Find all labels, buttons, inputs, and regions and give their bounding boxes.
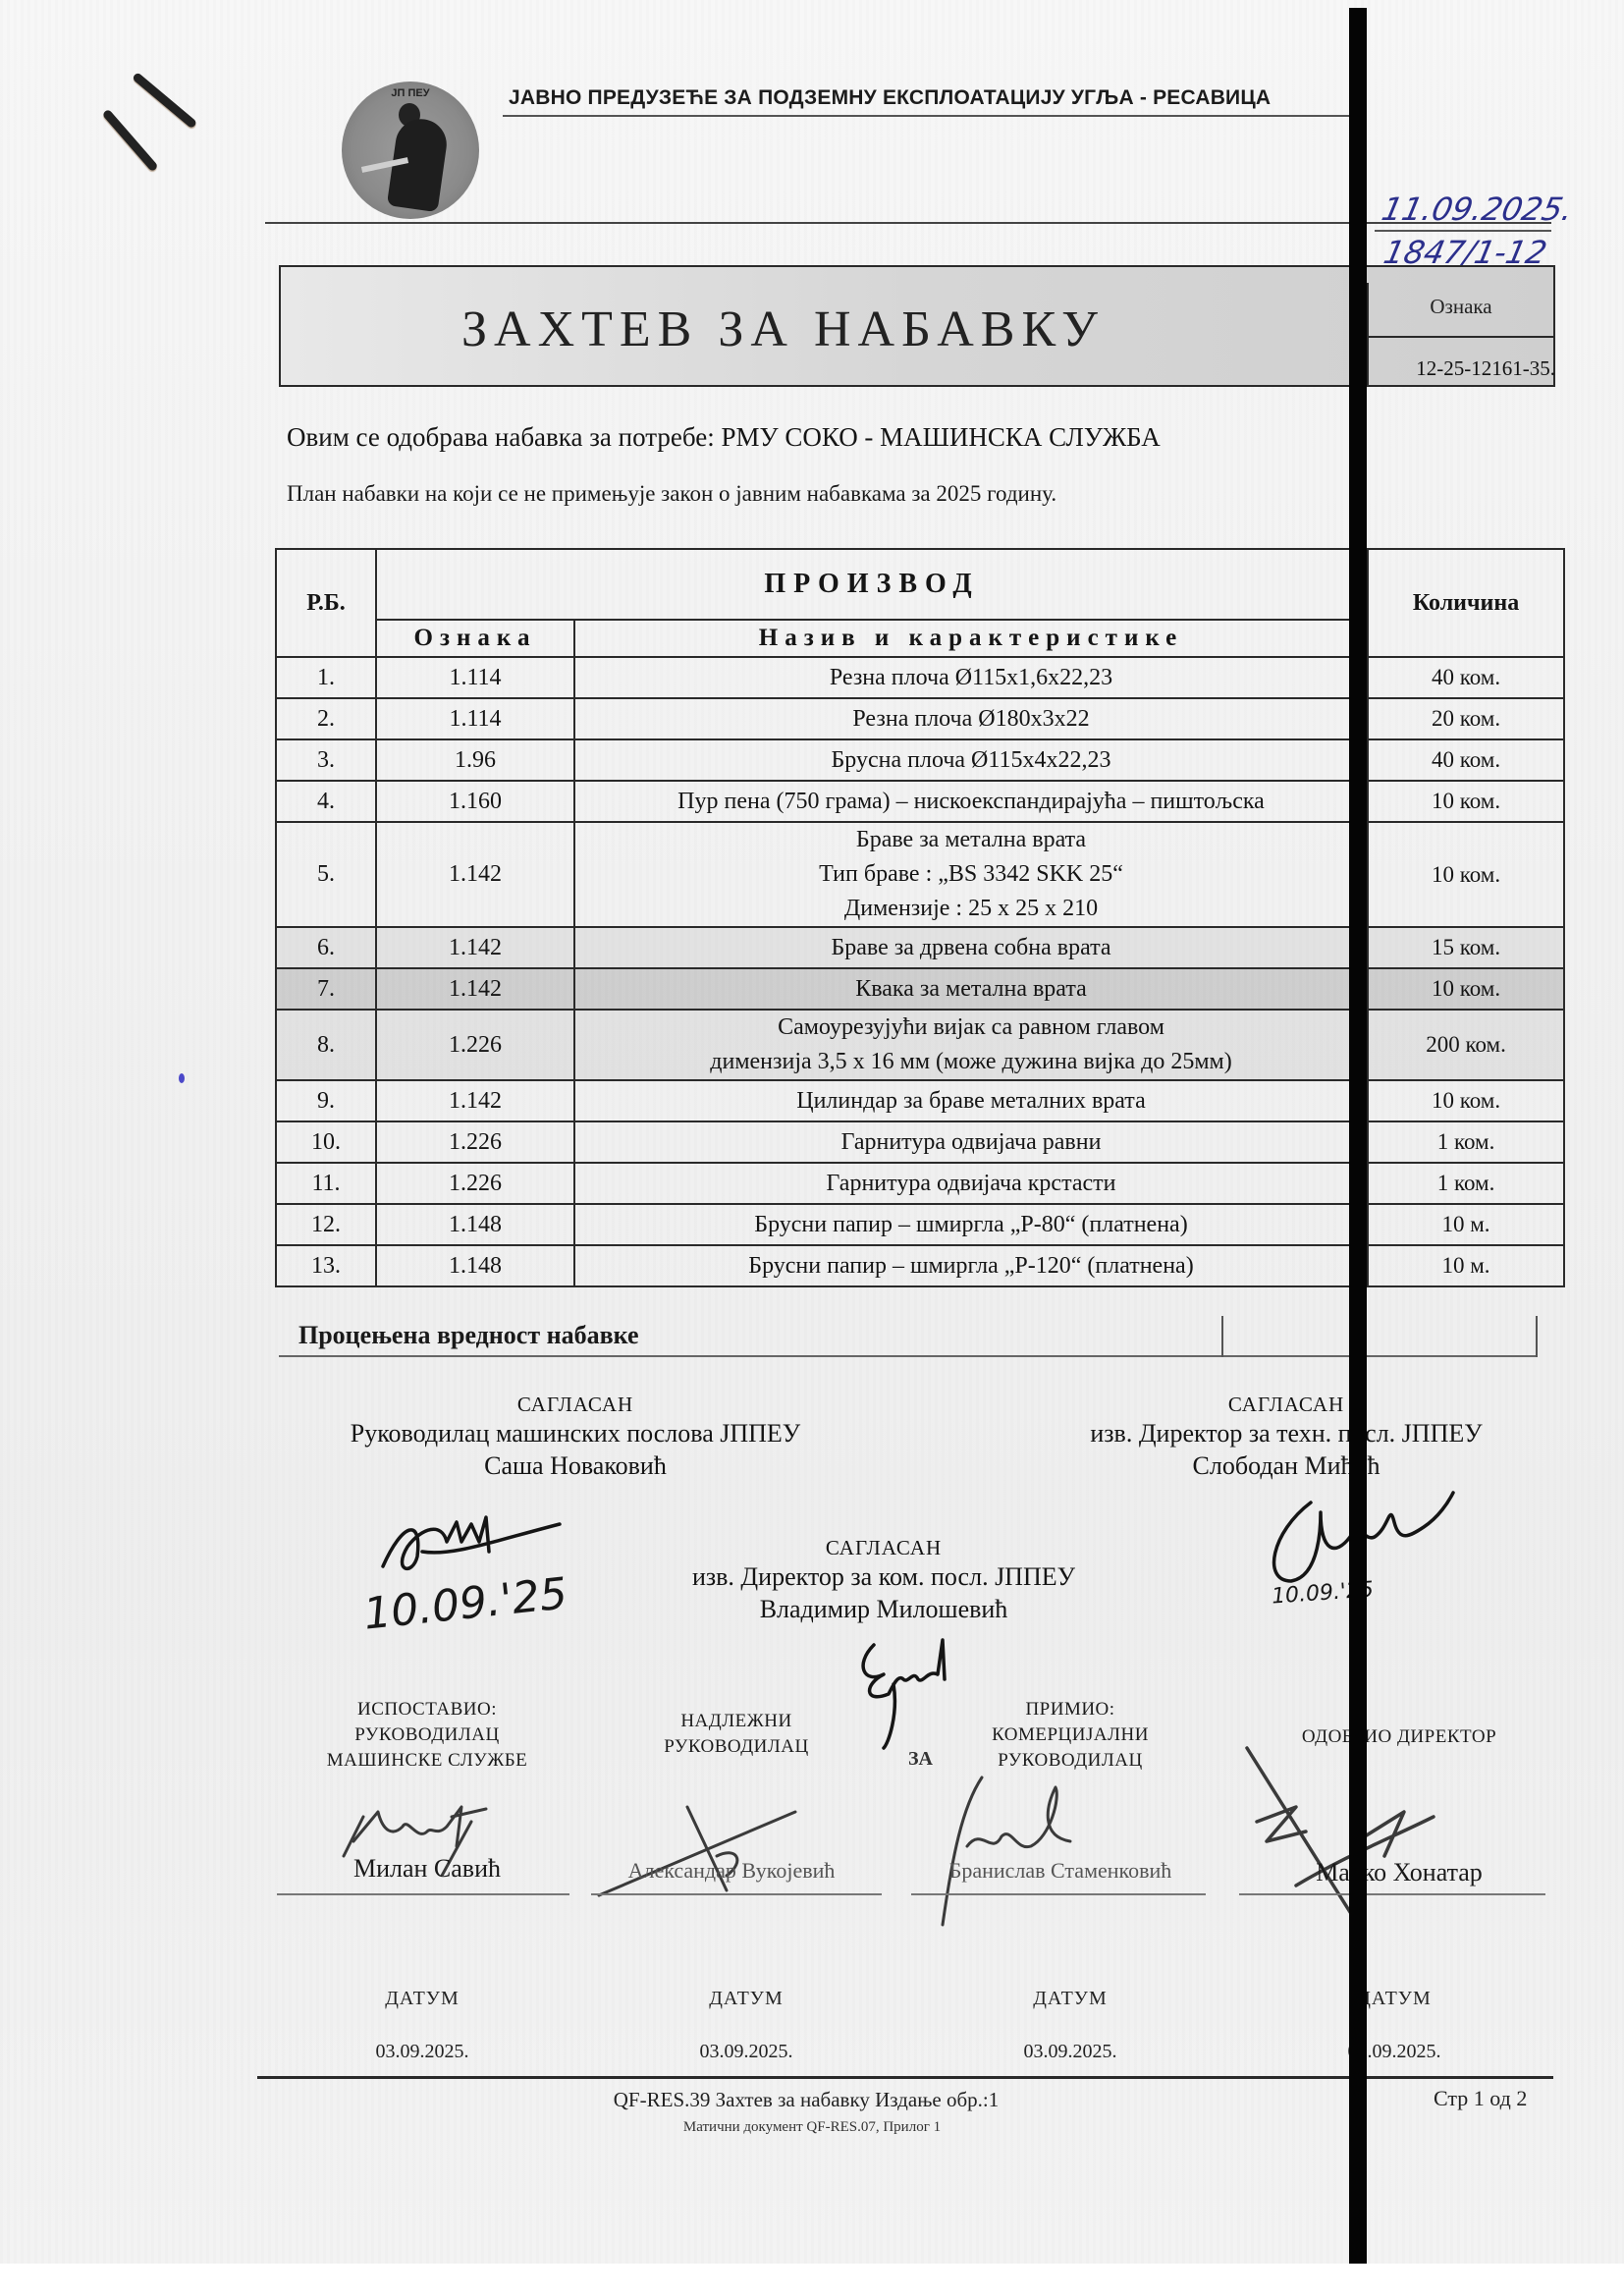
footer-form-id: QF-RES.39 Захтев за набавку Издање обр.:…: [0, 2088, 1624, 2112]
signature-line: [911, 1893, 1206, 1895]
row-number: 7.: [276, 968, 376, 1010]
table-row: 3.1.96Брусна плоча Ø115x4x22,2340 ком.: [276, 739, 1564, 781]
signatory-role-1: ИСПОСТАВИО:РУКОВОДИЛАЦМАШИНСКЕ СЛУЖБЕ: [295, 1697, 560, 1774]
item-description-line: Гарнитура одвијача равни: [575, 1129, 1367, 1156]
item-quantity: 10 ком.: [1368, 968, 1564, 1010]
approval-center-head: САГЛАСАН: [628, 1536, 1139, 1560]
item-code: 1.148: [376, 1204, 574, 1245]
item-code: 1.142: [376, 1080, 574, 1121]
document-title: ЗАХТЕВ ЗА НАБАВКУ: [461, 301, 1105, 358]
approval-right: САГЛАСАН изв. Директор за техн. посл. ЈП…: [1021, 1393, 1551, 1482]
item-description-line: Димензије : 25 x 25 x 210: [575, 892, 1367, 926]
item-code: 1.142: [376, 822, 574, 927]
item-description-line: димензија 3,5 x 16 мм (може дужина вијка…: [575, 1045, 1367, 1079]
page-number: Стр 1 од 2: [1434, 2086, 1527, 2111]
signatory-role-3: ПРИМИО:КОМЕРЦИЈАЛНИРУКОВОДИЛАЦ: [943, 1697, 1198, 1774]
signatory-role-line: РУКОВОДИЛАЦ: [295, 1722, 560, 1748]
staple-mark: [132, 72, 197, 129]
row-number: 11.: [276, 1163, 376, 1204]
code-divider: [1367, 336, 1555, 338]
row-number: 12.: [276, 1204, 376, 1245]
table-row: 6.1.142Браве за дрвена собна врата15 ком…: [276, 927, 1564, 968]
table-row: 4.1.160Пур пена (750 грама) – нискоекспа…: [276, 781, 1564, 822]
date-value-3: 03.09.2025.: [943, 2041, 1198, 2063]
date-value-1: 03.09.2025.: [295, 2041, 550, 2063]
item-quantity: 1 ком.: [1368, 1121, 1564, 1163]
item-description: Самоурезујући вијак са равном главомдиме…: [574, 1010, 1368, 1080]
row-number: 5.: [276, 822, 376, 927]
table-row: 2.1.114Резна плоча Ø180x3x2220 ком.: [276, 698, 1564, 739]
item-description: Пур пена (750 грама) – нискоекспандирају…: [574, 781, 1368, 822]
item-description: Брусни папир – шмиргла „P-80“ (платнена): [574, 1204, 1368, 1245]
approval-right-role: изв. Директор за техн. посл. ЈППЕУ: [1021, 1417, 1551, 1449]
item-quantity: 10 ком.: [1368, 1080, 1564, 1121]
date-label-3: ДАТУМ: [943, 1988, 1198, 2010]
item-code: 1.114: [376, 698, 574, 739]
item-description-line: Брусни папир – шмиргла „P-120“ (платнена…: [575, 1253, 1367, 1280]
item-description: Браве за метална вратаТип браве : „BS 33…: [574, 822, 1368, 927]
item-code: 1.114: [376, 657, 574, 698]
logo-text: ЈП ПЕУ: [381, 87, 440, 99]
item-description-line: Резна плоча Ø180x3x22: [575, 706, 1367, 733]
approval-center-role: изв. Директор за ком. посл. ЈППЕУ: [628, 1560, 1139, 1593]
item-description: Резна плоча Ø180x3x22: [574, 698, 1368, 739]
item-code: 1.142: [376, 927, 574, 968]
table-row: 9.1.142Цилиндар за браве металних врата1…: [276, 1080, 1564, 1121]
note-rule: [1375, 230, 1551, 232]
row-number: 13.: [276, 1245, 376, 1286]
item-description-line: Резна плоча Ø115x1,6x22,23: [575, 665, 1367, 691]
item-quantity: 10 ком.: [1368, 781, 1564, 822]
signatory-name-3: Бранислав Стаменковић: [913, 1858, 1208, 1884]
item-description: Брусни папир – шмиргла „P-120“ (платнена…: [574, 1245, 1368, 1286]
item-description: Гарнитура одвијача крстасти: [574, 1163, 1368, 1204]
item-description: Квака за метална врата: [574, 968, 1368, 1010]
table-row: 8.1.226Самоурезујући вијак са равном гла…: [276, 1010, 1564, 1080]
signature-line: [591, 1893, 882, 1895]
item-code: 1.226: [376, 1121, 574, 1163]
row-number: 4.: [276, 781, 376, 822]
date-label-1: ДАТУМ: [295, 1988, 550, 2010]
item-description-line: Браве за метална врата: [575, 823, 1367, 857]
row-number: 1.: [276, 657, 376, 698]
approval-left-name: Саша Новаковић: [281, 1449, 870, 1482]
item-description-line: Браве за дрвена собна врата: [575, 935, 1367, 961]
footer-form-text: QF-RES.39 Захтев за набавку Издање обр.:…: [614, 2088, 999, 2111]
item-code: 1.226: [376, 1163, 574, 1204]
approval-left-role: Руководилац машинских послова ЈППЕУ: [281, 1417, 870, 1449]
signatory-role-line: НАДЛЕЖНИ: [609, 1709, 864, 1734]
col-header-name: Назив и карактеристике: [574, 620, 1368, 657]
row-number: 6.: [276, 927, 376, 968]
signatory-name-4: Марко Хонатар: [1247, 1858, 1551, 1887]
signature-stamenkovic: [923, 1768, 1139, 1935]
row-number: 9.: [276, 1080, 376, 1121]
col-header-rb: Р.Б.: [276, 549, 376, 657]
footer-parent-document: Матични документ QF-RES.07, Прилог 1: [0, 2119, 1624, 2136]
estimate-label: Процењена вредност набавке: [298, 1321, 638, 1350]
signatory-role-line: ИСПОСТАВИО:: [295, 1697, 560, 1722]
item-description-line: Квака за метална врата: [575, 976, 1367, 1003]
item-quantity: 1 ком.: [1368, 1163, 1564, 1204]
row-number: 2.: [276, 698, 376, 739]
item-code: 1.142: [376, 968, 574, 1010]
signature-line: [277, 1893, 569, 1895]
item-description: Браве за дрвена собна врата: [574, 927, 1368, 968]
signatory-role-line: РУКОВОДИЛАЦ: [609, 1734, 864, 1760]
item-quantity: 10 ком.: [1368, 822, 1564, 927]
item-description-line: Гарнитура одвијача крстасти: [575, 1171, 1367, 1197]
table-row: 5.1.142Браве за метална вратаТип браве :…: [276, 822, 1564, 927]
item-quantity: 40 ком.: [1368, 739, 1564, 781]
signature-line: [1239, 1893, 1545, 1895]
date-label-2: ДАТУМ: [619, 1988, 874, 2010]
org-underline: [503, 115, 1353, 117]
col-header-code: Ознака: [376, 620, 574, 657]
company-logo: ЈП ПЕУ: [342, 82, 479, 219]
date-value-4: 03.09.2025.: [1267, 2041, 1522, 2063]
table-row: 7.1.142Квака за метална врата10 ком.: [276, 968, 1564, 1010]
handwritten-received-date: 11.09.2025.: [1379, 191, 1576, 228]
item-description-line: Брусна плоча Ø115x4x22,23: [575, 747, 1367, 774]
approval-purpose: Овим се одобрава набавка за потребе: РМУ…: [287, 422, 1161, 453]
item-description: Брусна плоча Ø115x4x22,23: [574, 739, 1368, 781]
col-header-quantity: Количина: [1368, 549, 1564, 657]
staple-mark: [102, 109, 159, 173]
estimate-value: [1221, 1316, 1538, 1357]
date-value-2: 03.09.2025.: [619, 2041, 874, 2063]
approval-left: САГЛАСАН Руководилац машинских послова Ј…: [281, 1393, 870, 1482]
item-description: Резна плоча Ø115x1,6x22,23: [574, 657, 1368, 698]
item-quantity: 200 ком.: [1368, 1010, 1564, 1080]
signatory-role-2: НАДЛЕЖНИРУКОВОДИЛАЦ: [609, 1709, 864, 1760]
item-code: 1.226: [376, 1010, 574, 1080]
item-quantity: 10 м.: [1368, 1204, 1564, 1245]
signatory-role-line: ПРИМИО:: [943, 1697, 1198, 1722]
code-label: Ознака: [1367, 295, 1555, 319]
procurement-plan-note: План набавки на који се не примењује зак…: [287, 481, 1056, 507]
signatory-name-2: Александар Вукојевић: [589, 1858, 874, 1884]
item-code: 1.148: [376, 1245, 574, 1286]
item-quantity: 20 ком.: [1368, 698, 1564, 739]
approval-center: САГЛАСАН изв. Директор за ком. посл. ЈПП…: [628, 1536, 1139, 1625]
item-description-line: Самоурезујући вијак са равном главом: [575, 1011, 1367, 1045]
approval-right-name: Слободан Мићић: [1021, 1449, 1551, 1482]
table-row: 1.1.114Резна плоча Ø115x1,6x22,2340 ком.: [276, 657, 1564, 698]
item-description-line: Брусни папир – шмиргла „P-80“ (платнена): [575, 1212, 1367, 1238]
row-number: 10.: [276, 1121, 376, 1163]
item-code: 1.96: [376, 739, 574, 781]
signatory-role-line: МАШИНСКЕ СЛУЖБЕ: [295, 1748, 560, 1774]
item-description: Цилиндар за браве металних врата: [574, 1080, 1368, 1121]
item-quantity: 10 м.: [1368, 1245, 1564, 1286]
scan-margin: [0, 2264, 1624, 2296]
date-label-4: ДАТУМ: [1267, 1988, 1522, 2010]
approval-center-name: Владимир Милошевић: [628, 1593, 1139, 1625]
organization-name: ЈАВНО ПРЕДУЗЕЋЕ ЗА ПОДЗЕМНУ ЕКСПЛОАТАЦИЈ…: [509, 86, 1271, 110]
item-description-line: Пур пена (750 грама) – нискоекспандирају…: [575, 789, 1367, 815]
item-quantity: 15 ком.: [1368, 927, 1564, 968]
ink-dot: [179, 1073, 185, 1083]
approval-left-head: САГЛАСАН: [281, 1393, 870, 1417]
scanned-page: ЈП ПЕУ ЈАВНО ПРЕДУЗЕЋЕ ЗА ПОДЗЕМНУ ЕКСПЛ…: [0, 0, 1624, 2264]
item-description-line: Тип браве : „BS 3342 SKK 25“: [575, 857, 1367, 892]
table-row: 11.1.226Гарнитура одвијача крстасти1 ком…: [276, 1163, 1564, 1204]
signatory-name-1: Милан Савић: [285, 1854, 569, 1884]
table-row: 12.1.148Брусни папир – шмиргла „P-80“ (п…: [276, 1204, 1564, 1245]
table-row: 10.1.226Гарнитура одвијача равни1 ком.: [276, 1121, 1564, 1163]
signature-vukojevic: [589, 1797, 815, 1905]
table-row: 13.1.148Брусни папир – шмиргла „P-120“ (…: [276, 1245, 1564, 1286]
col-header-product: ПРОИЗВОД: [376, 549, 1368, 620]
item-description: Гарнитура одвијача равни: [574, 1121, 1368, 1163]
approval-right-head: САГЛАСАН: [1021, 1393, 1551, 1417]
code-value: 12-25-12161-35.: [1355, 356, 1555, 381]
row-number: 3.: [276, 739, 376, 781]
items-table: Р.Б. ПРОИЗВОД Количина Ознака Назив и ка…: [275, 548, 1565, 1287]
row-number: 8.: [276, 1010, 376, 1080]
item-code: 1.160: [376, 781, 574, 822]
item-quantity: 40 ком.: [1368, 657, 1564, 698]
signatory-role-line: КОМЕРЦИЈАЛНИ: [943, 1722, 1198, 1748]
item-description-line: Цилиндар за браве металних врата: [575, 1088, 1367, 1115]
items-body: 1.1.114Резна плоча Ø115x1,6x22,2340 ком.…: [276, 657, 1564, 1286]
redaction-bar: [1349, 8, 1367, 2264]
